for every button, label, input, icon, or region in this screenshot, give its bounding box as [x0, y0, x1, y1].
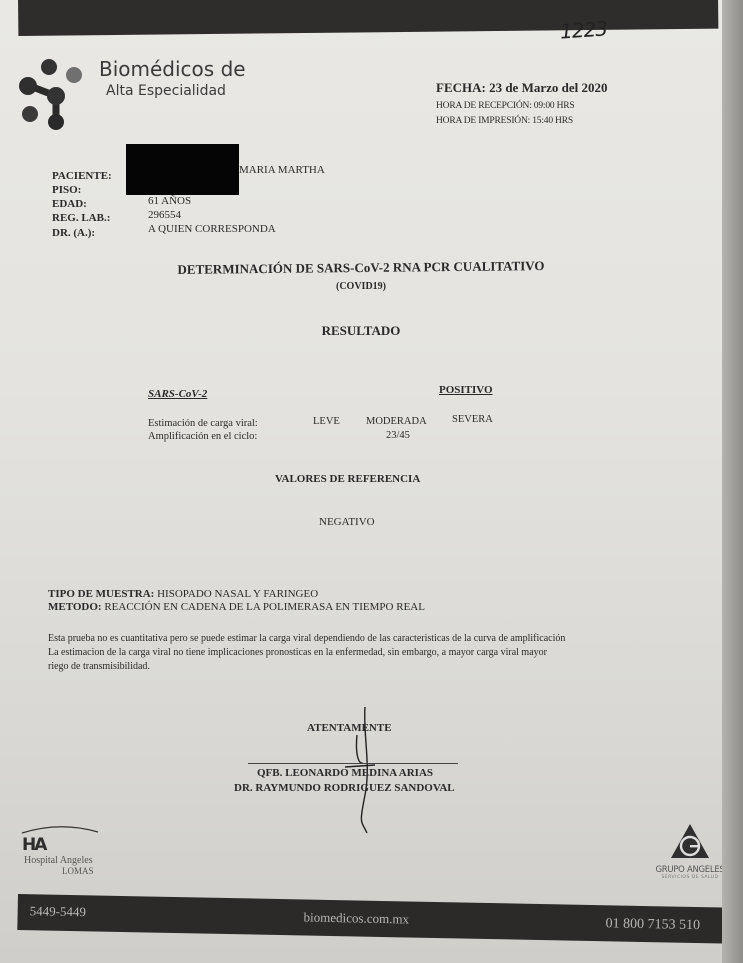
grupo-angeles-logo: GRUPO ANGELES SERVICIOS DE SALUD — [654, 822, 726, 880]
hospital-name: Hospital Angeles — [24, 855, 94, 866]
viral-load-severa: SEVERA — [452, 414, 493, 425]
lab-report-page: 1223 Biomédicos de Alta Especialidad FEC… — [0, 0, 722, 963]
paper-edge-background — [722, 0, 743, 963]
analyte-name: SARS-CoV-2 — [148, 388, 207, 400]
brand-name: Biomédicos de — [99, 57, 246, 81]
doctor-label: DR. (A.): — [52, 227, 95, 239]
biomedicos-logo-icon — [18, 52, 88, 132]
group-tagline: SERVICIOS DE SALUD — [654, 875, 726, 880]
note-line-3: riego de transmisibilidad. — [48, 661, 150, 672]
phone-local: 5449-5449 — [30, 903, 87, 920]
header-band — [18, 0, 718, 36]
viral-load-leve: LEVE — [313, 416, 340, 427]
note-line-1: Esta prueba no es cuantitativa pero se p… — [48, 633, 565, 644]
redaction-box — [126, 144, 239, 195]
doctor-value: A QUIEN CORRESPONDA — [148, 223, 276, 235]
signature-line — [248, 763, 458, 764]
brand-subtitle: Alta Especialidad — [106, 83, 226, 99]
footer-band: 5449-5449 biomedicos.com.mx 01 800 7153 … — [17, 894, 723, 944]
note-line-2: La estimacion de la carga viral no tiene… — [48, 647, 547, 658]
result-heading: RESULTADO — [0, 323, 722, 339]
website-link[interactable]: biomedicos.com.mx — [303, 909, 409, 927]
patient-label: PACIENTE: — [52, 170, 112, 182]
sample-type-value: HISOPADO NASAL Y FARINGEO — [157, 588, 318, 600]
lab-reg-value: 296554 — [148, 209, 181, 221]
triangle-g-icon — [669, 822, 711, 860]
result-value: POSITIVO — [439, 384, 493, 396]
method: METODO: REACCIÓN EN CADENA DE LA POLIMER… — [48, 601, 425, 613]
handwritten-number: 1223 — [559, 16, 607, 43]
group-name: GRUPO ANGELES — [654, 865, 726, 875]
report-date: FECHA: 23 de Marzo del 2020 — [436, 80, 608, 96]
reception-time: HORA DE RECEPCIÓN: 09:00 HRS — [436, 101, 575, 111]
age-label: EDAD: — [52, 198, 87, 210]
cycle-value: 23/45 — [386, 430, 410, 441]
signer-1: QFB. LEONARDO MEDINA ARIAS — [257, 767, 433, 779]
arc-icon — [20, 823, 100, 835]
sample-type-label: TIPO DE MUESTRA: — [48, 588, 154, 600]
phone-tollfree: 01 800 7153 510 — [605, 916, 700, 934]
ha-mark: HA — [22, 835, 94, 855]
test-subtitle: (COVID19) — [0, 281, 722, 292]
hospital-angeles-logo: HA Hospital Angeles LOMAS — [22, 835, 94, 876]
method-label: METODO: — [48, 601, 102, 613]
age-value: 61 AÑOS — [148, 195, 191, 207]
print-time: HORA DE IMPRESIÓN: 15:40 HRS — [436, 116, 573, 126]
method-value: REACCIÓN EN CADENA DE LA POLIMERASA EN T… — [104, 601, 425, 613]
hospital-branch: LOMAS — [62, 866, 94, 876]
signer-2: DR. RAYMUNDO RODRIGUEZ SANDOVAL — [234, 782, 455, 794]
patient-name: MARIA MARTHA — [239, 164, 325, 176]
cycle-label: Amplificación en el ciclo: — [148, 431, 257, 442]
reference-value: NEGATIVO — [319, 516, 375, 528]
test-title: DETERMINACIÓN DE SARS-CoV-2 RNA PCR CUAL… — [0, 256, 722, 280]
floor-label: PISO: — [52, 184, 81, 196]
lab-reg-label: REG. LAB.: — [52, 212, 110, 224]
reference-heading: VALORES DE REFERENCIA — [275, 473, 420, 485]
sample-type: TIPO DE MUESTRA: HISOPADO NASAL Y FARING… — [48, 588, 318, 600]
viral-load-label: Estimación de carga viral: — [148, 418, 258, 429]
viral-load-moderada: MODERADA — [366, 416, 427, 427]
